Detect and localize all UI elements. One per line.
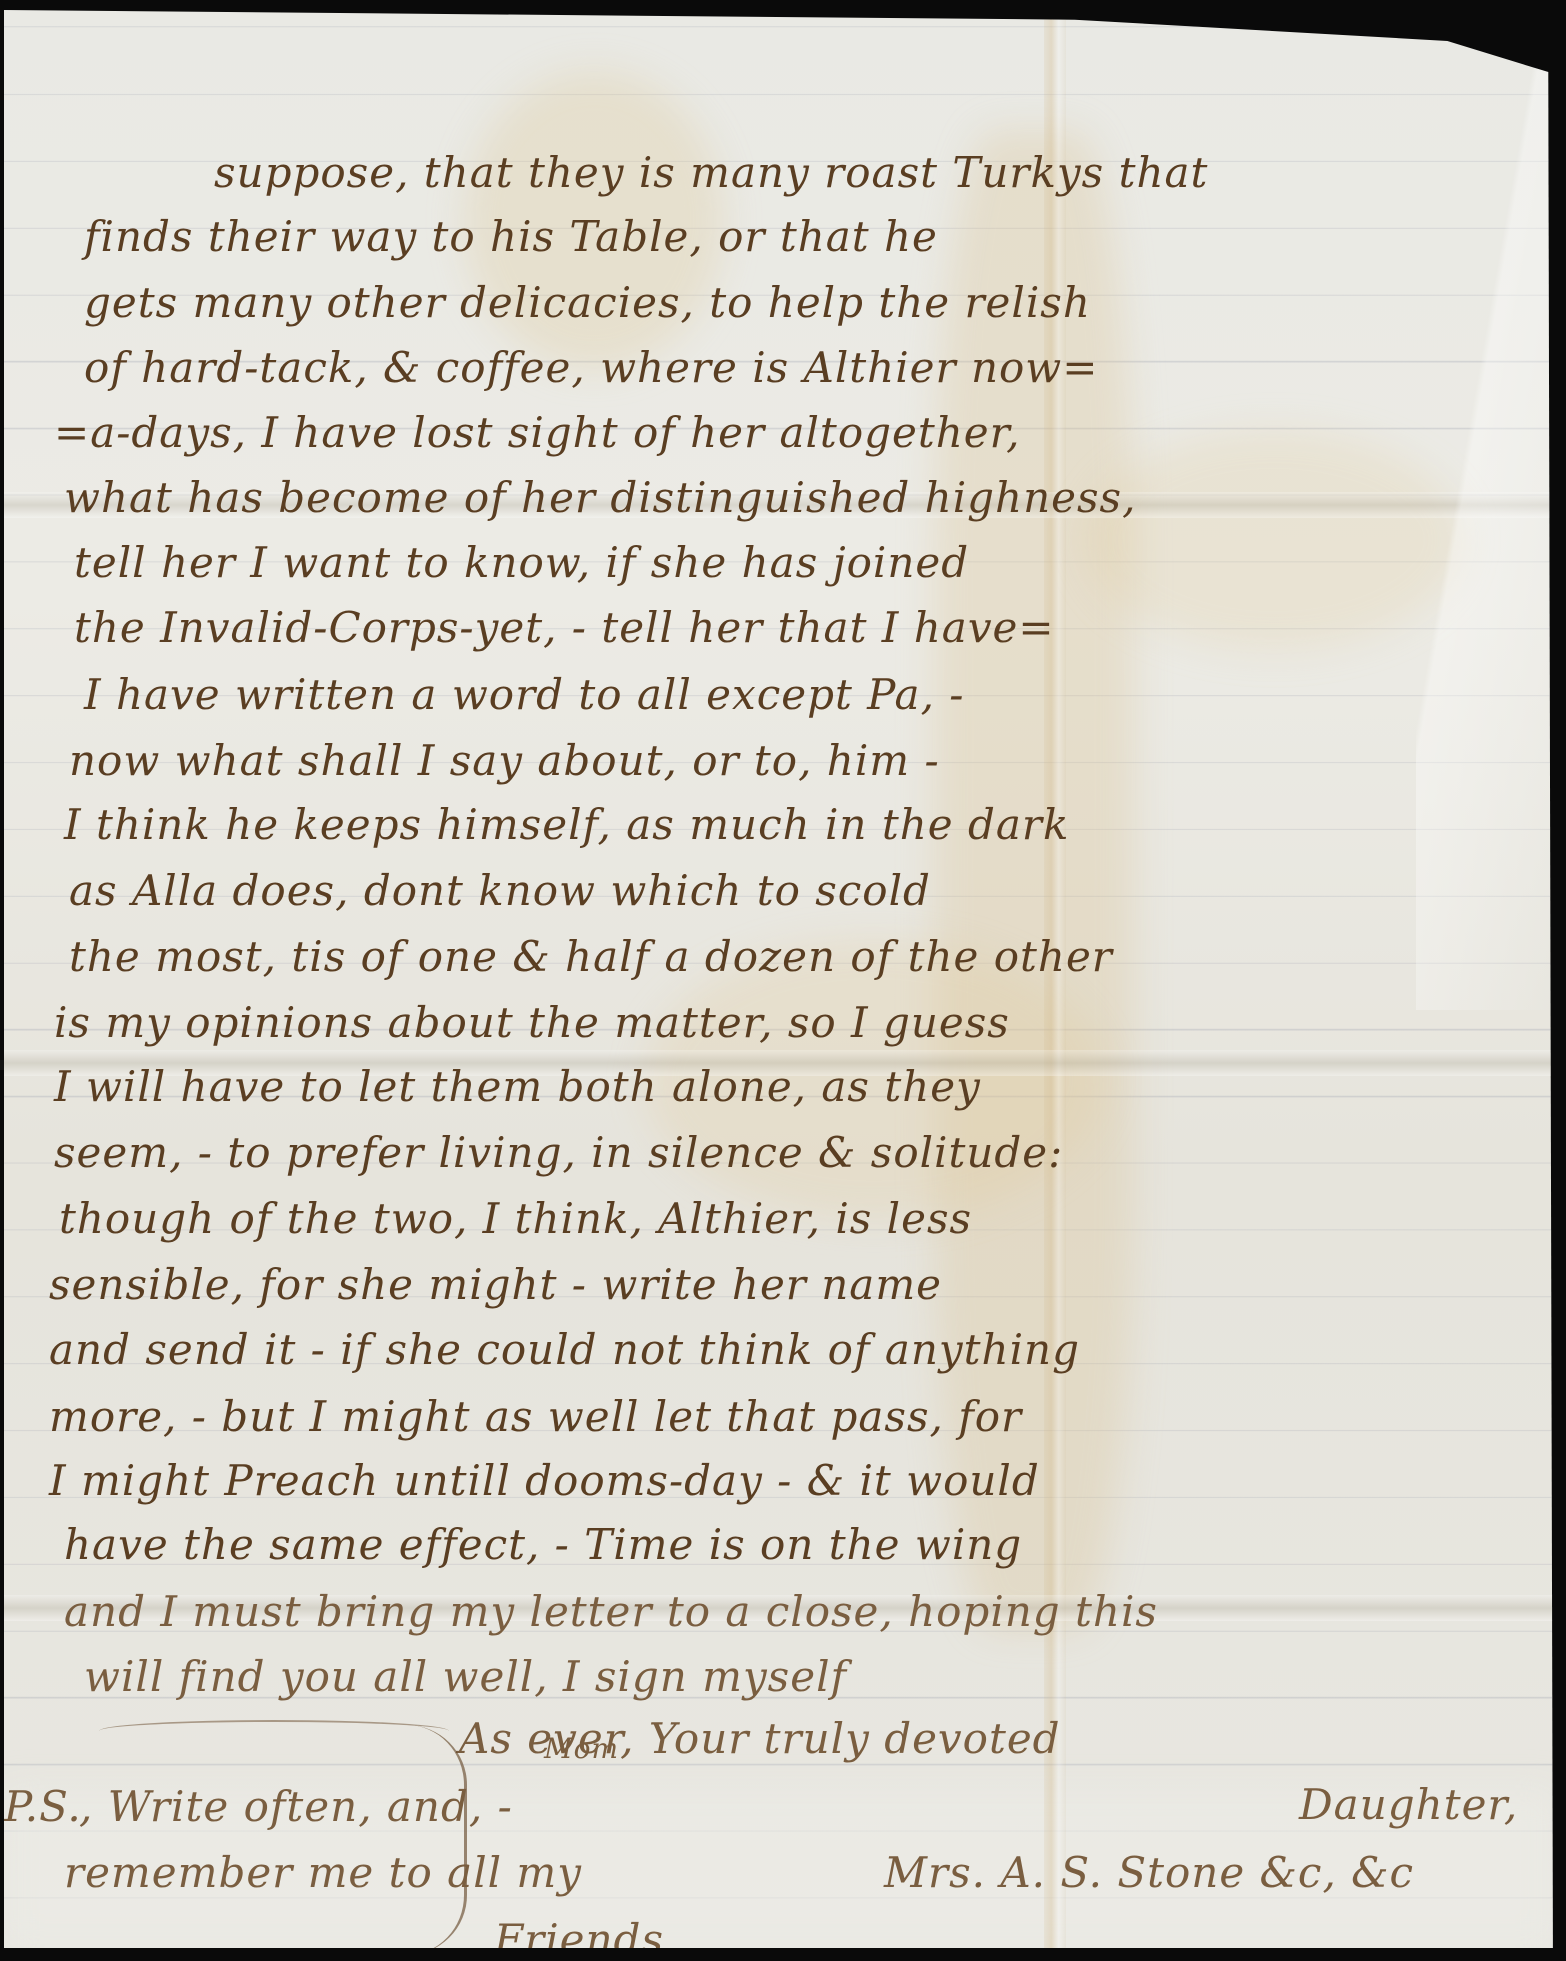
corner-fold — [1416, 10, 1556, 1010]
letter-line-8: the Invalid-Corps-yet, - tell her that I… — [74, 603, 1055, 652]
letter-line-22: have the same effect, - Time is on the w… — [64, 1520, 1022, 1569]
postscript-above-note: Mom — [544, 1732, 619, 1765]
stain — [1084, 430, 1464, 650]
letter-line-16: seem, - to prefer living, in silence & s… — [54, 1128, 1063, 1177]
letter-line-13: the most, tis of one & half a dozen of t… — [69, 932, 1113, 981]
letter-line-2: finds their way to his Table, or that he — [84, 212, 938, 261]
letter-line-15: I will have to let them both alone, as t… — [54, 1062, 981, 1111]
letter-line-18: sensible, for she might - write her name — [49, 1260, 942, 1309]
letter-paper: suppose, that they is many roast Turkys … — [4, 10, 1556, 1948]
letter-line-20: more, - but I might as well let that pas… — [49, 1392, 1022, 1441]
letter-line-7: tell her I want to know, if she has join… — [74, 538, 969, 587]
letter-line-14: is my opinions about the matter, so I gu… — [54, 998, 1010, 1047]
postscript-line-1: , Write often, and, - — [79, 1782, 513, 1831]
letter-line-1: suppose, that they is many roast Turkys … — [214, 148, 1208, 197]
postscript-bracket — [374, 1725, 467, 1948]
letter-line-12: as Alla does, dont know which to scold — [69, 866, 931, 915]
postscript-line-2: remember me to all my — [64, 1848, 582, 1897]
letter-line-6: what has become of her distinguished hig… — [64, 473, 1136, 522]
closing-daughter: Daughter, — [1299, 1780, 1518, 1829]
letter-line-11: I think he keeps himself, as much in the… — [64, 800, 1069, 849]
letter-line-3: gets many other delicacies, to help the … — [84, 278, 1091, 327]
postscript-mark: P.S. — [4, 1782, 82, 1831]
letter-line-24: will find you all well, I sign myself — [84, 1652, 847, 1701]
letter-line-9: I have written a word to all except Pa, … — [84, 670, 965, 719]
postscript-line-3: Friends, — [494, 1915, 678, 1948]
signature: Mrs. A. S. Stone &c, &c — [884, 1848, 1414, 1897]
letter-line-21: I might Preach untill dooms-day - & it w… — [49, 1456, 1040, 1505]
letter-line-17: though of the two, I think, Althier, is … — [59, 1194, 972, 1243]
scanned-page-background: suppose, that they is many roast Turkys … — [0, 0, 1566, 1961]
letter-line-19: and send it - if she could not think of … — [49, 1325, 1080, 1374]
letter-line-5: =a-days, I have lost sight of her altoge… — [54, 408, 1020, 457]
letter-line-23: and I must bring my letter to a close, h… — [64, 1587, 1158, 1636]
letter-line-4: of hard-tack, & coffee, where is Althier… — [84, 343, 1098, 392]
letter-line-10: now what shall I say about, or to, him - — [69, 736, 940, 785]
